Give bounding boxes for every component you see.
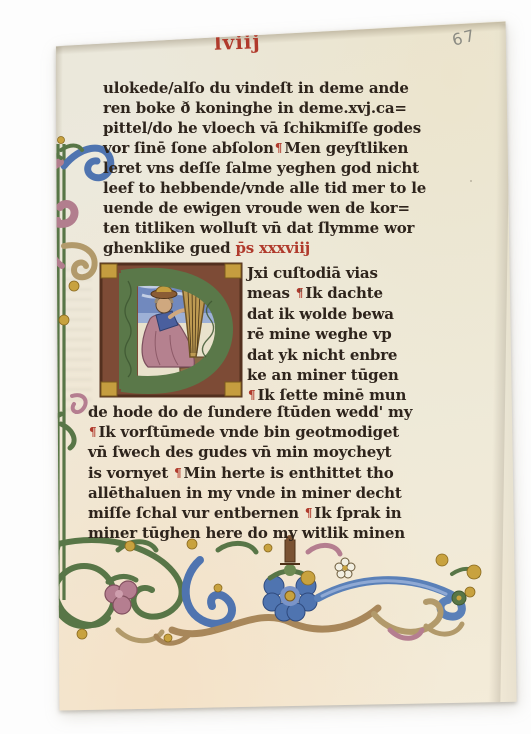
manuscript-leaf: lviij 67: [0, 0, 531, 734]
text-segment: miſſe ſchal vur entbernen: [88, 504, 304, 522]
text-block-lower: de hode do de ſundere ſtūden wedd' my¶Ik…: [0, 0, 531, 734]
photo-background: lviij 67: [0, 0, 531, 734]
text-line: miſſe ſchal vur entbernen ¶Ik ſprak in: [88, 503, 401, 523]
text-segment: Ik ſprak in: [314, 504, 401, 522]
foxing-speck: [470, 180, 472, 182]
rubric-segment: ¶: [305, 506, 312, 520]
manuscript-leaf-wrap: lviij 67: [0, 0, 531, 734]
rubric-segment: ¶: [174, 466, 181, 480]
text-line: allēthaluen in my vnde in miner decht: [88, 483, 402, 503]
text-segment: miner tūghen here do my witlik minen: [88, 524, 405, 542]
text-line: is vornyet ¶Min herte is enthittet tho: [88, 463, 394, 483]
text-line: vn̄ ſwech des gudes vn̄ min moycheyt: [88, 442, 391, 462]
text-segment: Ik vorſtūmede vnde bin geotmodiget: [98, 423, 399, 441]
foxing-speck: [306, 319, 308, 321]
text-segment: vn̄ ſwech des gudes vn̄ min moycheyt: [88, 443, 391, 461]
rubric-segment: ¶: [89, 425, 96, 439]
text-segment: de hode do de ſundere ſtūden wedd' my: [88, 403, 412, 421]
text-segment: allēthaluen in my vnde in miner decht: [88, 484, 402, 502]
text-segment: is vornyet: [88, 464, 173, 482]
foxing-speck: [115, 250, 118, 253]
foxing-speck: [299, 289, 302, 292]
text-line: de hode do de ſundere ſtūden wedd' my: [88, 402, 412, 422]
text-line: miner tūghen here do my witlik minen: [88, 523, 405, 543]
text-line: ¶Ik vorſtūmede vnde bin geotmodiget: [88, 422, 399, 442]
text-segment: Min herte is enthittet tho: [184, 464, 394, 482]
